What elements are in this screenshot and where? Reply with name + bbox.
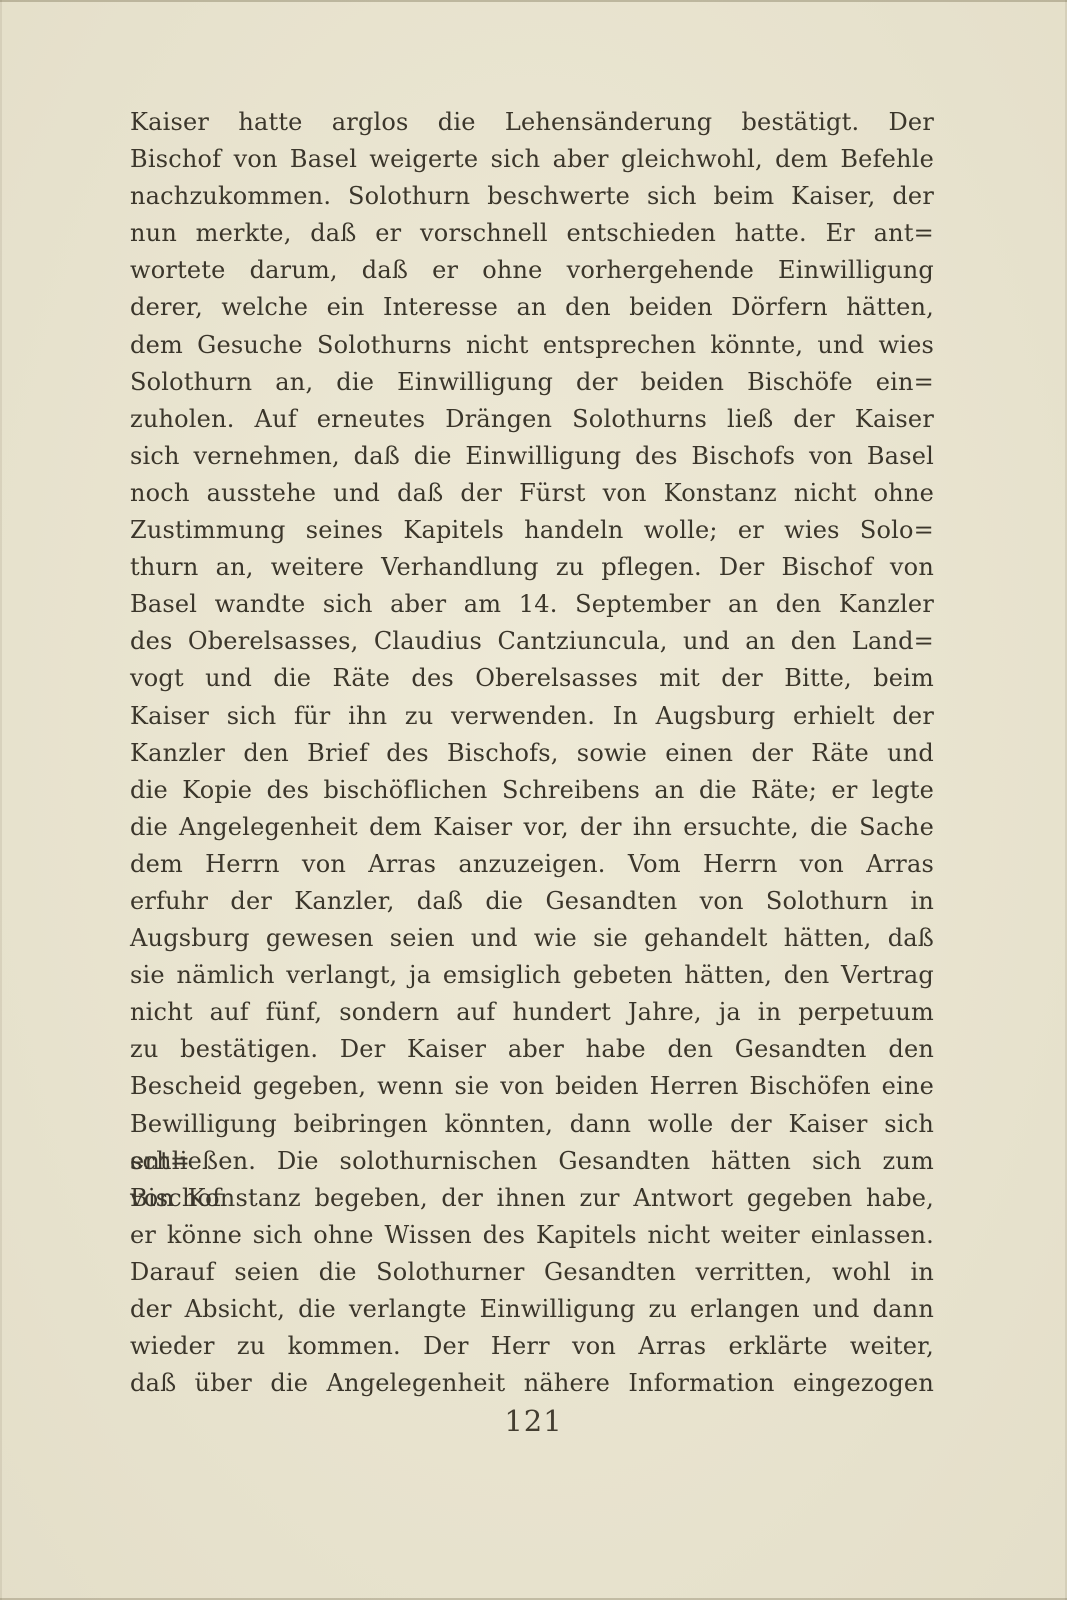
text-line: Zustimmung seines Kapitels handeln wolle… xyxy=(130,512,934,549)
text-line: die Kopie des bischöflichen Schreibens a… xyxy=(130,772,934,809)
text-line: wortete darum, daß er ohne vorhergehende… xyxy=(130,252,934,289)
text-line: zuholen. Auf erneutes Drängen Solothurns… xyxy=(130,401,934,438)
text-line: dem Gesuche Solothurns nicht entsprechen… xyxy=(130,327,934,364)
text-line: Kaiser sich für ihn zu verwenden. In Aug… xyxy=(130,698,934,735)
text-line: vogt und die Räte des Oberelsasses mit d… xyxy=(130,660,934,697)
text-line: Darauf seien die Solothurner Gesandten v… xyxy=(130,1254,934,1291)
text-line: daß über die Angelegenheit nähere Inform… xyxy=(130,1365,934,1402)
text-block: Kaiser hatte arglos die Lehensänderung b… xyxy=(130,104,934,1402)
text-line: schließen. Die solothurnischen Gesandten… xyxy=(130,1143,934,1180)
page-number: 121 xyxy=(0,1404,1067,1438)
text-line: wieder zu kommen. Der Herr von Arras erk… xyxy=(130,1328,934,1365)
text-line: Bewilligung beibringen könnten, dann wol… xyxy=(130,1106,934,1143)
text-line: Solothurn an, die Einwilligung der beide… xyxy=(130,364,934,401)
text-line: sich vernehmen, daß die Einwilligung des… xyxy=(130,438,934,475)
text-line: nachzukommen. Solothurn beschwerte sich … xyxy=(130,178,934,215)
text-line: Kanzler den Brief des Bischofs, sowie ei… xyxy=(130,735,934,772)
text-line: von Konstanz begeben, der ihnen zur Antw… xyxy=(130,1180,934,1217)
text-line: des Oberelsasses, Claudius Cantziuncula,… xyxy=(130,623,934,660)
text-line: Bischof von Basel weigerte sich aber gle… xyxy=(130,141,934,178)
text-line: zu bestätigen. Der Kaiser aber habe den … xyxy=(130,1031,934,1068)
text-line: Basel wandte sich aber am 14. September … xyxy=(130,586,934,623)
text-line: sie nämlich verlangt, ja emsiglich gebet… xyxy=(130,957,934,994)
text-line: erfuhr der Kanzler, daß die Gesandten vo… xyxy=(130,883,934,920)
text-line: derer, welche ein Interesse an den beide… xyxy=(130,289,934,326)
text-line: die Angelegenheit dem Kaiser vor, der ih… xyxy=(130,809,934,846)
text-line: Augsburg gewesen seien und wie sie gehan… xyxy=(130,920,934,957)
text-line: der Absicht, die verlangte Einwilligung … xyxy=(130,1291,934,1328)
text-line: er könne sich ohne Wissen des Kapitels n… xyxy=(130,1217,934,1254)
text-line: Bescheid gegeben, wenn sie von beiden He… xyxy=(130,1068,934,1105)
text-line: Kaiser hatte arglos die Lehensänderung b… xyxy=(130,104,934,141)
text-line: dem Herrn von Arras anzuzeigen. Vom Herr… xyxy=(130,846,934,883)
book-page: Kaiser hatte arglos die Lehensänderung b… xyxy=(0,0,1067,1600)
text-line: nicht auf fünf, sondern auf hundert Jahr… xyxy=(130,994,934,1031)
text-line: thurn an, weitere Verhandlung zu pflegen… xyxy=(130,549,934,586)
text-line: noch ausstehe und daß der Fürst von Kons… xyxy=(130,475,934,512)
text-line: nun merkte, daß er vorschnell entschiede… xyxy=(130,215,934,252)
